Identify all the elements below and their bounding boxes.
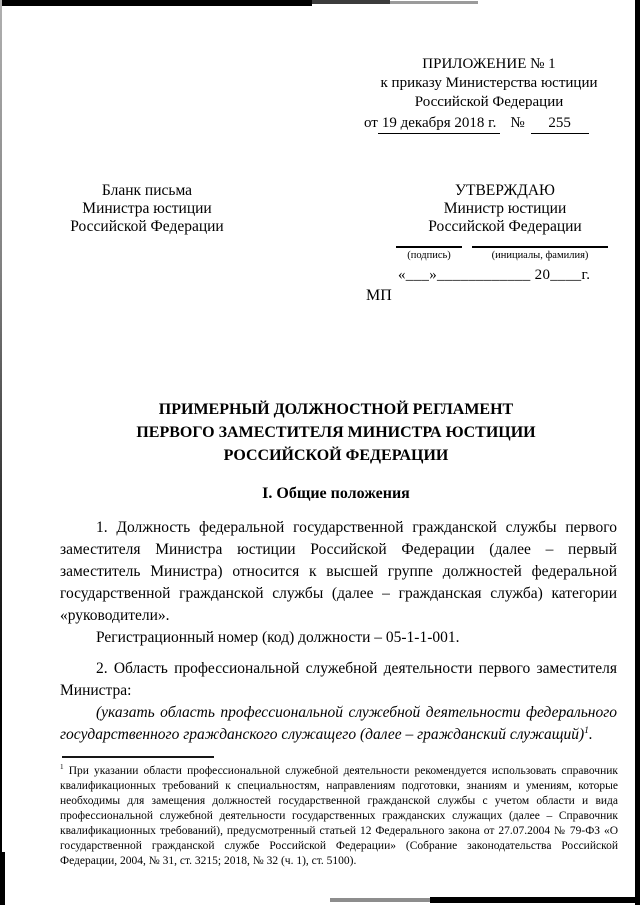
signature-field: (подпись) bbox=[396, 246, 462, 262]
scan-edge-top bbox=[0, 0, 312, 6]
document-page: ПРИЛОЖЕНИЕ № 1 к приказу Министерства юс… bbox=[0, 0, 640, 905]
title-line-3: РОССИЙСКОЙ ФЕДЕРАЦИИ bbox=[60, 444, 612, 467]
scan-edge-bottom bbox=[430, 897, 640, 903]
scan-corner-bottom-left bbox=[0, 852, 5, 905]
signature-label: (подпись) bbox=[396, 250, 462, 262]
initials-line bbox=[472, 246, 608, 248]
approval-line-2: Министр юстиции bbox=[406, 200, 604, 218]
letterhead-line-3: Российской Федерации bbox=[52, 218, 242, 236]
title-line-2: ПЕРВОГО ЗАМЕСТИТЕЛЯ МИНИСТРА ЮСТИЦИИ bbox=[60, 421, 612, 444]
letterhead-line-1: Бланк письма bbox=[52, 182, 242, 200]
approval-date-blank: «___»____________ 20____г. bbox=[398, 267, 590, 284]
paragraph-1: 1. Должность федеральной государственной… bbox=[60, 517, 617, 627]
footnote-text: При указании области профессиональной сл… bbox=[60, 765, 618, 867]
order-date-row: от 19 декабря 2018 г. № 255 bbox=[356, 114, 622, 134]
paragraph-2: 2. Область профессиональной служебной де… bbox=[60, 658, 617, 702]
instruction-text: (указать область профессиональной служеб… bbox=[60, 704, 617, 743]
instruction-period: . bbox=[589, 726, 593, 743]
approval-line-3: Российской Федерации bbox=[406, 218, 604, 236]
title-line-1: ПРИМЕРНЫЙ ДОЛЖНОСТНОЙ РЕГЛАМЕНТ bbox=[60, 398, 612, 421]
letterhead-block: Бланк письма Министра юстиции Российской… bbox=[52, 182, 242, 236]
footnote-marker: 1 bbox=[60, 763, 64, 771]
appendix-header: ПРИЛОЖЕНИЕ № 1 к приказу Министерства юс… bbox=[356, 55, 622, 134]
appendix-line-2: к приказу Министерства юстиции bbox=[356, 74, 622, 93]
approval-block: УТВЕРЖДАЮ Министр юстиции Российской Фед… bbox=[406, 182, 604, 236]
signature-line bbox=[396, 246, 462, 248]
document-title: ПРИМЕРНЫЙ ДОЛЖНОСТНОЙ РЕГЛАМЕНТ ПЕРВОГО … bbox=[60, 398, 612, 467]
scan-edge-left bbox=[0, 0, 2, 905]
order-number-value: 255 bbox=[531, 114, 589, 134]
section-heading: I. Общие положения bbox=[60, 485, 612, 503]
scan-edge-right bbox=[635, 0, 640, 905]
appendix-line-3: Российской Федерации bbox=[356, 93, 622, 112]
order-number-sign: № bbox=[510, 114, 524, 133]
initials-label: (инициалы, фамилия) bbox=[472, 250, 608, 262]
order-date-value: 19 декабря 2018 г. bbox=[378, 114, 501, 134]
scan-edge-top-fade-light bbox=[390, 1, 478, 4]
approval-line-1: УТВЕРЖДАЮ bbox=[406, 182, 604, 200]
order-date-prefix: от bbox=[364, 114, 378, 133]
appendix-line-1: ПРИЛОЖЕНИЕ № 1 bbox=[356, 55, 622, 74]
paragraph-registration-number: Регистрационный номер (код) должности – … bbox=[60, 627, 617, 649]
signature-area: (подпись) (инициалы, фамилия) bbox=[396, 246, 608, 262]
body-text: 1. Должность федеральной государственной… bbox=[60, 517, 617, 746]
seal-mark: МП bbox=[366, 287, 392, 305]
scan-edge-top-fade bbox=[312, 0, 390, 4]
footnote: 1 При указании области профессиональной … bbox=[60, 764, 618, 869]
scan-edge-bottom-fade bbox=[330, 898, 435, 902]
letterhead-line-2: Министра юстиции bbox=[52, 200, 242, 218]
initials-field: (инициалы, фамилия) bbox=[472, 246, 608, 262]
footnote-separator bbox=[62, 756, 214, 758]
paragraph-instruction: (указать область профессиональной служеб… bbox=[60, 702, 617, 746]
